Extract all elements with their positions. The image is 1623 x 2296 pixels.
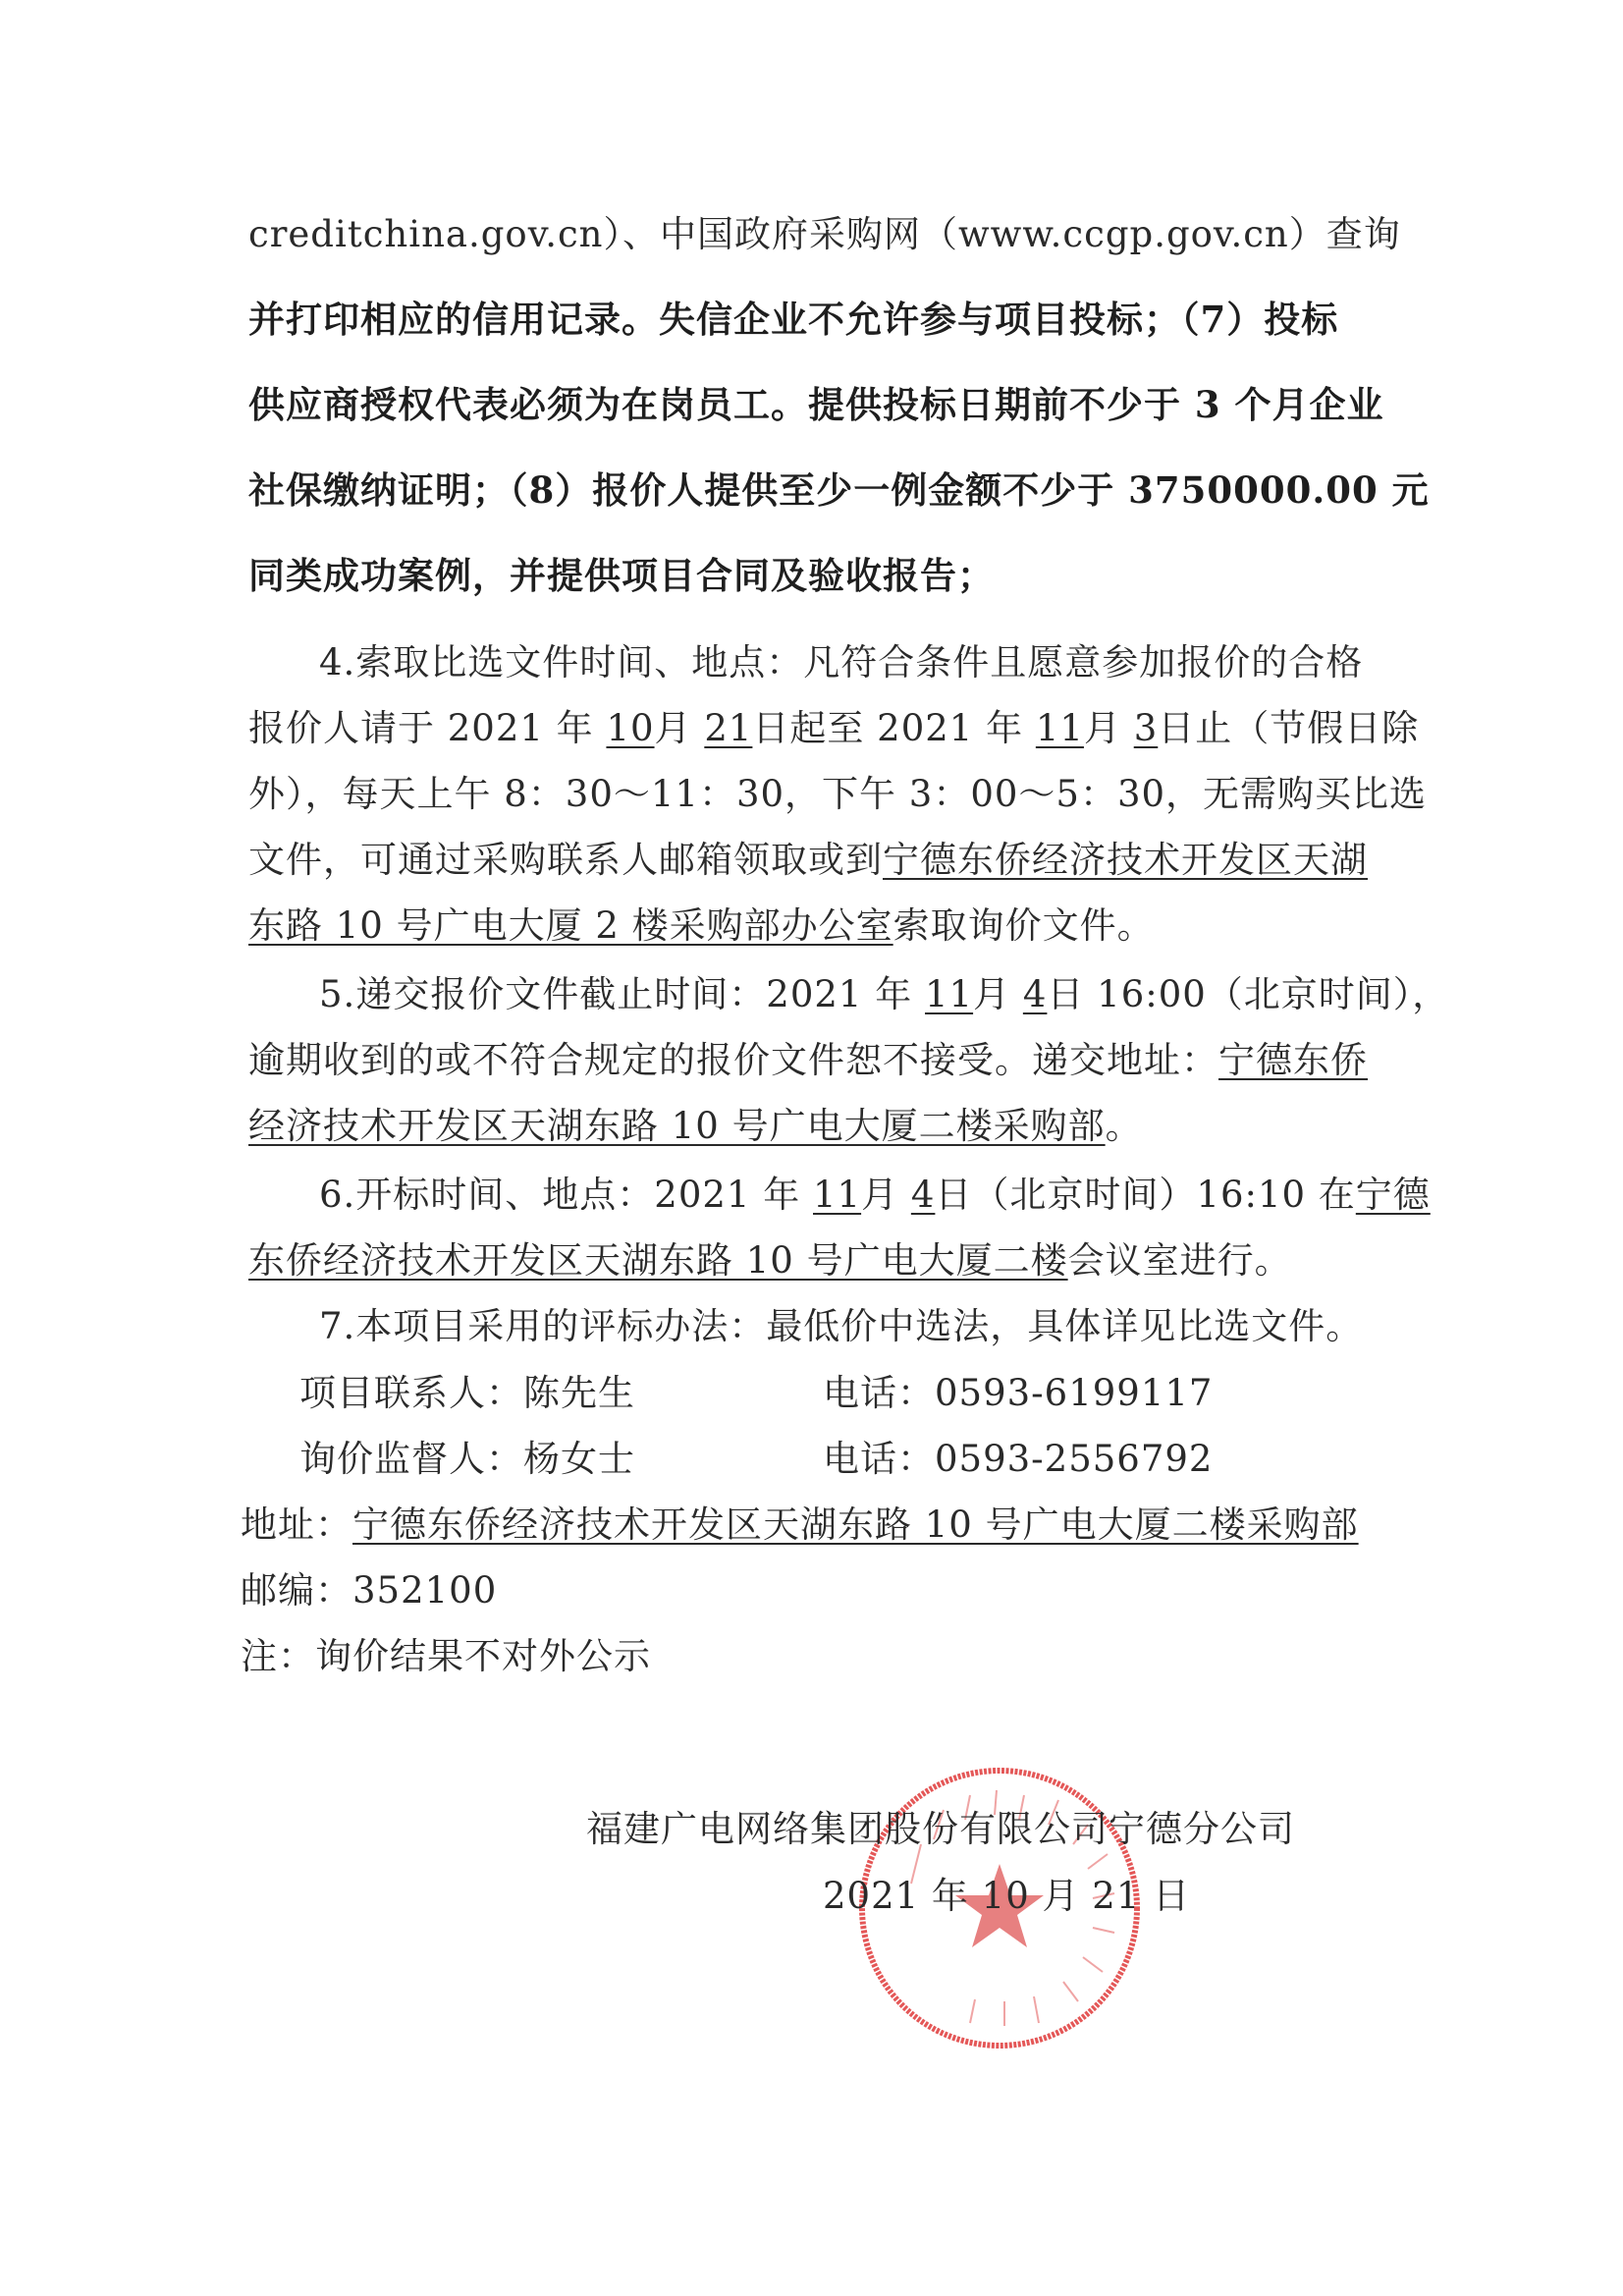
start-day: 21	[704, 707, 752, 749]
item4-line4: 文件，可通过采购联系人邮箱领取或到宁德东侨经济技术开发区天湖	[248, 838, 1368, 883]
item5-line1: 5.递交报价文件截止时间：2021 年 11月 4日 16:00（北京时间），	[319, 972, 1449, 1017]
start-month: 10	[606, 707, 654, 749]
item6-text: 日（北京时间）16:10 在	[935, 1174, 1355, 1216]
submit-address-cont: 经济技术开发区天湖东路 10 号广电大厦二楼采购部	[248, 1105, 1106, 1147]
address-value: 宁德东侨经济技术开发区天湖东路 10 号广电大厦二楼采购部	[352, 1503, 1359, 1546]
supervisor-role: 询价监督人：杨女士	[299, 1437, 635, 1482]
item6-line2: 东侨经济技术开发区天湖东路 10 号广电大厦二楼会议室进行。	[248, 1238, 1292, 1284]
note: 注：询价结果不对外公示	[241, 1634, 651, 1679]
opening-day: 4	[911, 1174, 936, 1216]
opening-address: 宁德	[1356, 1174, 1431, 1216]
item5-text: 月	[973, 973, 1023, 1015]
item3-line3: 供应商授权代表必须为在岗员工。提供投标日期前不少于 3 个月企业	[248, 382, 1384, 427]
opening-month: 11	[813, 1174, 861, 1216]
item5-line2: 逾期收到的或不符合规定的报价文件恕不接受。递交地址：宁德东侨	[248, 1038, 1368, 1083]
item4-text: 索取询价文件。	[893, 904, 1155, 947]
deadline-day: 4	[1023, 973, 1048, 1015]
item5-text: 日 16:00（北京时间），	[1047, 973, 1449, 1015]
item6-line1: 6.开标时间、地点：2021 年 11月 4日（北京时间）16:10 在宁德	[319, 1173, 1431, 1218]
supervisor-phone: 电话：0593-2556792	[823, 1437, 1213, 1482]
item4-text: 日起至 2021 年	[752, 707, 1035, 749]
item5-text: 5.递交报价文件截止时间：2021 年	[319, 973, 925, 1015]
item4-line3: 外），每天上午 8：30～11：30，下午 3：00～5：30，无需购买比选	[248, 772, 1427, 817]
item4-text: 月	[1084, 707, 1134, 749]
item4-text: 报价人请于 2021 年	[248, 707, 606, 749]
item3-line5: 同类成功案例，并提供项目合同及验收报告；	[248, 553, 995, 598]
issue-date: 2021 年 10 月 21 日	[823, 1874, 1190, 1919]
item5-line3: 经济技术开发区天湖东路 10 号广电大厦二楼采购部。	[248, 1104, 1143, 1149]
item4-line5: 东路 10 号广电大厦 2 楼采购部办公室索取询价文件。	[248, 903, 1155, 949]
end-day: 3	[1134, 707, 1159, 749]
item4-line1: 4.索取比选文件时间、地点：凡符合条件且愿意参加报价的合格	[319, 640, 1363, 685]
item6-text: 会议室进行。	[1068, 1239, 1292, 1282]
end-month: 11	[1036, 707, 1084, 749]
address-line: 地址：宁德东侨经济技术开发区天湖东路 10 号广电大厦二楼采购部	[241, 1503, 1359, 1548]
address-label: 地址：	[241, 1503, 352, 1546]
item4-text: 月	[655, 707, 705, 749]
item6-text: 月	[861, 1174, 911, 1216]
deadline-month: 11	[925, 973, 973, 1015]
item3-line4: 社保缴纳证明；（8）报价人提供至少一例金额不少于 3750000.00 元	[248, 467, 1430, 513]
contact-role: 项目联系人：陈先生	[299, 1371, 635, 1416]
postcode: 邮编：352100	[241, 1568, 497, 1613]
item7-line: 7.本项目采用的评标办法：最低价中选法，具体详见比选文件。	[319, 1304, 1363, 1349]
item3-line2: 并打印相应的信用记录。失信企业不允许参与项目投标；（7）投标	[248, 297, 1338, 342]
issuer-company: 福建广电网络集团股份有限公司宁德分公司	[586, 1807, 1295, 1852]
item4-line2: 报价人请于 2021 年 10月 21日起至 2021 年 11月 3日止（节假…	[248, 706, 1419, 751]
item3-line1: creditchina.gov.cn）、中国政府采购网（www.ccgp.gov…	[248, 212, 1401, 257]
opening-address-cont: 东侨经济技术开发区天湖东路 10 号广电大厦二楼	[248, 1239, 1068, 1282]
submit-address: 宁德东侨	[1218, 1039, 1368, 1081]
item4-text: 文件，可通过采购联系人邮箱领取或到	[248, 839, 883, 881]
item6-text: 6.开标时间、地点：2021 年	[319, 1174, 813, 1216]
pickup-address: 宁德东侨经济技术开发区天湖	[883, 839, 1368, 881]
pickup-address-cont: 东路 10 号广电大厦 2 楼采购部办公室	[248, 904, 893, 947]
contact-phone: 电话：0593-6199117	[823, 1371, 1213, 1416]
document-page: creditchina.gov.cn）、中国政府采购网（www.ccgp.gov…	[0, 0, 1623, 2296]
item4-text: 日止（节假日除	[1158, 707, 1419, 749]
item5-text: 。	[1106, 1105, 1143, 1147]
item5-text: 逾期收到的或不符合规定的报价文件恕不接受。递交地址：	[248, 1039, 1218, 1081]
